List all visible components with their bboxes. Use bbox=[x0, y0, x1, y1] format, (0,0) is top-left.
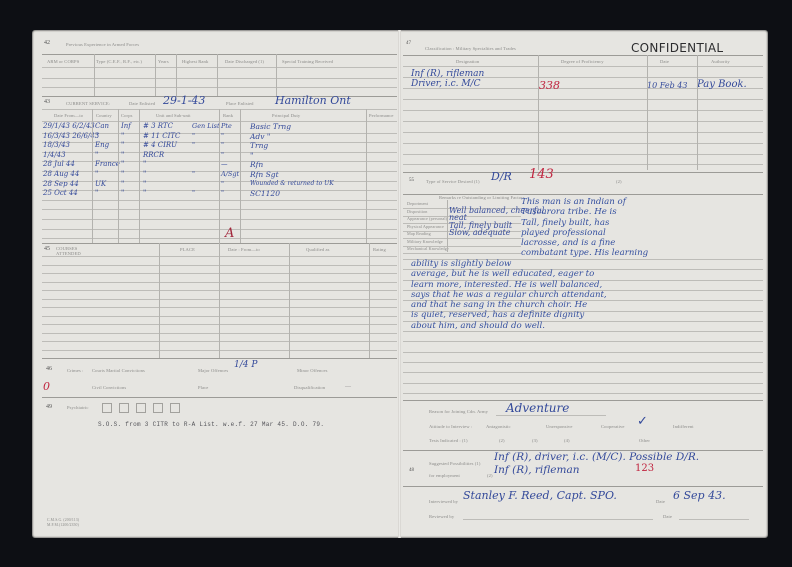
remarks-line: played professional bbox=[521, 228, 648, 238]
service-desired-code: 143 bbox=[529, 167, 554, 182]
cell-duty: Trng bbox=[250, 141, 268, 150]
col-type: Type (C.E.F., R.F., etc.) bbox=[96, 59, 142, 64]
factor-label: Mechanical Knowledge bbox=[407, 246, 449, 251]
cell-country: " bbox=[95, 132, 98, 140]
psychiatric-box-1 bbox=[102, 403, 112, 413]
cell-rank: " bbox=[221, 132, 224, 140]
divider bbox=[42, 358, 397, 359]
cell-country: France bbox=[95, 160, 120, 168]
col-rule bbox=[92, 109, 93, 244]
tests-3: (3) bbox=[532, 438, 538, 443]
section-45-title: COURSES ATTENDED bbox=[56, 246, 96, 256]
cell-unit-note: " bbox=[192, 170, 195, 178]
table-row: 25 Oct 44"""""SC1120 bbox=[32, 190, 398, 200]
remarks-line: lacrosse, and is a fine bbox=[521, 238, 648, 248]
col-rule bbox=[276, 54, 277, 96]
suggested-code: 123 bbox=[635, 463, 654, 474]
designation-line-1: Inf (R), rifleman bbox=[411, 69, 484, 79]
cell-corps: " bbox=[121, 189, 124, 197]
col-corps: Corps bbox=[121, 113, 132, 118]
cell-rank: — bbox=[221, 160, 228, 168]
col-rule bbox=[647, 55, 648, 170]
remarks-line: Tall, finely built, has bbox=[521, 218, 648, 228]
service-record-document: 42 Previous Experience in Armed Forces A… bbox=[32, 30, 768, 538]
attitude-antagonistic: Antagonistic bbox=[486, 424, 511, 429]
cell-corps: " bbox=[121, 180, 124, 188]
cell-duty: Rfn Sgt bbox=[250, 170, 279, 179]
attitude-cooperative: Cooperative bbox=[601, 424, 625, 429]
rule bbox=[496, 415, 606, 416]
cell-duty: " bbox=[250, 151, 253, 160]
col-rule bbox=[94, 54, 95, 96]
table-row: 16/3/43 26/6/43""# 11 CITC""Adv " bbox=[32, 133, 398, 143]
place-enlisted-label: Place Enlisted bbox=[226, 101, 254, 106]
col-years: Years bbox=[158, 59, 169, 64]
interviewed-by-value: Stanley F. Reed, Capt. SPO. bbox=[463, 489, 617, 502]
major-offences-value: 1/4 P bbox=[234, 360, 257, 370]
service-desired-label: Type of Service Desired (1) bbox=[426, 179, 480, 184]
cell-unit: # 11 CITC bbox=[143, 132, 180, 140]
reviewed-by-label: Reviewed by bbox=[429, 514, 454, 519]
factor-label: Physical Appearance bbox=[407, 224, 444, 229]
rule bbox=[403, 164, 763, 165]
rule bbox=[403, 143, 763, 144]
col-date-from-to: Date : From—to bbox=[228, 247, 260, 252]
col-rule bbox=[176, 54, 177, 96]
cell-unit: RRCR bbox=[143, 151, 164, 159]
suggested-label-2b: (2) bbox=[487, 473, 493, 478]
col-rule bbox=[159, 243, 160, 358]
rule bbox=[403, 393, 763, 394]
remarks-line: about him, and should do well. bbox=[411, 321, 607, 331]
cell-country: Can bbox=[95, 122, 109, 130]
place-enlisted-value: Hamilton Ont bbox=[275, 94, 351, 107]
cell-unit-note: Gen List bbox=[192, 122, 220, 130]
col-authority: Authority bbox=[711, 59, 730, 64]
col-date: Date bbox=[660, 59, 669, 64]
col-rule bbox=[369, 243, 370, 358]
section-43-number: 43 bbox=[44, 99, 50, 105]
cell-duty: Basic Trng bbox=[250, 122, 291, 131]
service-desired-label-2: (2) bbox=[616, 179, 622, 184]
rule bbox=[403, 154, 763, 155]
form-code-2: M.F.M.(1200/2350) bbox=[47, 523, 79, 527]
col-unit: Unit and Sub-unit bbox=[156, 113, 191, 118]
divider bbox=[403, 400, 763, 401]
cell-date: 28 Aug 44 bbox=[43, 170, 79, 178]
remarks-title: Remarks re Outstanding or Limiting Facto… bbox=[439, 195, 525, 200]
reviewed-date-label: Date bbox=[663, 514, 672, 519]
minor-offences-label: Minor Offences bbox=[297, 368, 328, 373]
table-row: 28 Jul 44France""—Rfn bbox=[32, 161, 398, 171]
col-date: Date From—to bbox=[54, 113, 83, 118]
date-enlisted-value: 29-1-43 bbox=[163, 94, 205, 107]
section-42-number: 42 bbox=[44, 40, 50, 46]
cell-duty: Rfn bbox=[250, 160, 263, 169]
col-rule bbox=[118, 109, 119, 244]
suggested-label-1: Suggested Possibilities (1) bbox=[429, 461, 480, 466]
cell-unit: " bbox=[143, 189, 146, 197]
cell-country: " bbox=[95, 170, 98, 178]
reason-label: Reason for Joining Cdn. Army bbox=[429, 409, 488, 414]
cell-date: 18/3/43 bbox=[43, 141, 70, 149]
service-desired-value: D/R bbox=[491, 170, 512, 183]
suggested-value-1: Inf (R), driver, i.c. (M/C). Possible D/… bbox=[494, 451, 699, 463]
place-label: Place bbox=[198, 385, 208, 390]
cell-corps: " bbox=[121, 151, 124, 159]
rule bbox=[679, 519, 749, 520]
section-55-number: 55 bbox=[409, 178, 414, 183]
cell-rank: " bbox=[221, 189, 224, 197]
col-rule bbox=[697, 55, 698, 170]
factor-label: Deportment bbox=[407, 201, 428, 206]
cell-corps: " bbox=[121, 160, 124, 168]
suggested-label-2: for employment bbox=[429, 473, 460, 478]
table-row: 28 Aug 44""""A/SgtRfn Sgt bbox=[32, 171, 398, 181]
reason-value: Adventure bbox=[506, 401, 569, 415]
remarks-line: combatant type. His learning bbox=[521, 248, 648, 258]
left-page: 42 Previous Experience in Armed Forces A… bbox=[32, 30, 398, 538]
col-rule bbox=[219, 109, 220, 244]
cell-date: 1/4/43 bbox=[43, 151, 66, 159]
cell-date: 28 Jul 44 bbox=[43, 160, 75, 168]
col-date-discharged: Date Discharged (1) bbox=[225, 59, 264, 64]
attitude-unresponsive: Unresponsive bbox=[546, 424, 572, 429]
psychiatric-box-4 bbox=[153, 403, 163, 413]
col-rule bbox=[538, 55, 539, 170]
col-arm-corps: ARM or CORPS bbox=[47, 59, 79, 64]
cell-country: UK bbox=[95, 180, 106, 188]
col-principal-duty: Principal Duty bbox=[272, 113, 300, 118]
col-designation: Designation bbox=[456, 59, 479, 64]
factor-label: Disposition bbox=[407, 209, 427, 214]
cell-unit-note: " bbox=[192, 132, 195, 140]
rule bbox=[403, 341, 763, 342]
remarks-line: is quiet, reserved, has a definite digni… bbox=[411, 310, 607, 320]
date-enlisted-label: Date Enlisted bbox=[129, 101, 155, 106]
factor-label: Appearance (personal) bbox=[407, 216, 447, 221]
psychiatric-box-3 bbox=[136, 403, 146, 413]
confidential-stamp: CONFIDENTIAL bbox=[631, 41, 723, 55]
cell-unit: # 4 CIRU bbox=[143, 141, 177, 149]
cell-date: 16/3/43 26/6/43 bbox=[43, 132, 99, 140]
factor-value: Slow, adequate bbox=[449, 228, 510, 237]
rule bbox=[403, 99, 763, 100]
table-row: 18/3/43Eng"# 4 CIRU""Trng bbox=[32, 142, 398, 152]
attitude-indifferent: Indifferent bbox=[673, 424, 694, 429]
cell-rank: Pte bbox=[221, 122, 232, 130]
rule bbox=[403, 132, 763, 133]
cell-corps: " bbox=[121, 170, 124, 178]
cell-unit: " bbox=[143, 170, 146, 178]
remarks-line: ability is slightly below bbox=[411, 259, 607, 269]
cell-rank: A/Sgt bbox=[221, 170, 239, 178]
cell-corps: " bbox=[121, 141, 124, 149]
tests-4: (4) bbox=[564, 438, 570, 443]
psychiatric-label: Psychiatric bbox=[67, 405, 89, 410]
factor-label: Military Knowledge bbox=[407, 239, 443, 244]
form-code-1: C.M.S.G. (200/113) bbox=[47, 518, 79, 522]
tests-2: (2) bbox=[499, 438, 505, 443]
crimes-label: Crimes : bbox=[67, 368, 84, 373]
cell-corps: " bbox=[121, 132, 124, 140]
section-47-number: 47 bbox=[406, 41, 411, 46]
interview-date-label: Date bbox=[656, 499, 665, 504]
table-row: 28 Sep 44UK"""Wounded & returned to UK bbox=[32, 181, 398, 191]
interviewed-by-label: Interviewed by bbox=[429, 499, 458, 504]
major-offences-label: Major Offences bbox=[198, 368, 228, 373]
red-mark-a: A bbox=[225, 226, 234, 241]
interview-date-value: 6 Sep 43. bbox=[673, 489, 726, 502]
divider bbox=[403, 172, 763, 173]
rule bbox=[42, 78, 397, 79]
cell-unit-note: " bbox=[192, 189, 195, 197]
attitude-label: Attitude to Interview : bbox=[429, 424, 472, 429]
disqualification-label: Disqualification bbox=[294, 385, 325, 390]
rule bbox=[403, 110, 763, 111]
col-highest-rank: Highest Rank bbox=[182, 59, 208, 64]
col-rule bbox=[240, 109, 241, 244]
col-proficiency: Degree of Proficiency bbox=[561, 59, 604, 64]
disqualification-value: — bbox=[345, 384, 351, 390]
section-49-number: 49 bbox=[46, 404, 52, 410]
cell-date: 28 Sep 44 bbox=[43, 180, 79, 188]
col-special-training: Special Training Received bbox=[282, 59, 333, 64]
divider bbox=[42, 54, 397, 55]
civil-convictions-label: Civil Convictions bbox=[92, 385, 126, 390]
rule bbox=[403, 121, 763, 122]
psychiatric-box-5 bbox=[170, 403, 180, 413]
rule bbox=[463, 519, 653, 520]
trade-date-value: 10 Feb 43 bbox=[647, 81, 687, 90]
cell-unit-note: " bbox=[192, 141, 195, 149]
factor-label: Map Reading bbox=[407, 231, 431, 236]
section-46-number: 46 bbox=[46, 366, 52, 372]
section-45-number: 45 bbox=[44, 246, 50, 252]
cell-unit: # 3 RTC bbox=[143, 122, 173, 130]
divider bbox=[403, 55, 763, 56]
divider bbox=[403, 486, 763, 487]
typed-sos-note: S.O.S. from 3 CITR to R-A List. w.e.f. 2… bbox=[98, 421, 324, 428]
rule bbox=[403, 352, 763, 353]
cell-duty: SC1120 bbox=[250, 189, 280, 198]
cell-date: 25 Oct 44 bbox=[43, 189, 78, 197]
remarks-line: This man is an Indian of bbox=[521, 197, 648, 207]
proficiency-value: 338 bbox=[539, 79, 560, 92]
remarks-line: and that he sang in the church choir. He bbox=[411, 300, 607, 310]
cell-country: " bbox=[95, 189, 98, 197]
col-performance: Performance bbox=[369, 113, 394, 118]
rule bbox=[403, 66, 763, 67]
col-rule bbox=[217, 54, 218, 96]
col-rule bbox=[155, 54, 156, 96]
section-42-title: Previous Experience in Armed Forces bbox=[66, 42, 139, 47]
remarks-line: learn more, interested. He is well balan… bbox=[411, 280, 607, 290]
cell-unit: " bbox=[143, 160, 146, 168]
cell-rank: " bbox=[221, 180, 224, 188]
cell-date: 29/1/43 6/2/43 bbox=[43, 122, 95, 130]
remarks-line: Tuscarora tribe. He is bbox=[521, 207, 648, 217]
right-page: 47 Classification : Military Specialties… bbox=[401, 30, 768, 538]
remarks-narrative-bottom: ability is slightly belowaverage, but he… bbox=[411, 259, 607, 331]
col-qualified-as: Qualified as bbox=[306, 247, 330, 252]
col-place: PLACE bbox=[180, 247, 195, 252]
cell-country: " bbox=[95, 151, 98, 159]
cell-rank: " bbox=[221, 141, 224, 149]
court-martial-label: Courts Martial Convictions bbox=[92, 368, 145, 373]
col-rank: Rank bbox=[223, 113, 233, 118]
col-rule bbox=[139, 109, 140, 244]
col-country: Country bbox=[96, 113, 112, 118]
designation-line-2: Driver, i.c. M/C bbox=[411, 79, 480, 89]
tests-other: Other bbox=[639, 438, 650, 443]
cell-duty: Wounded & returned to UK bbox=[250, 180, 334, 187]
cell-duty: Adv " bbox=[250, 132, 270, 141]
section-43-title: CURRENT SERVICE: bbox=[66, 101, 110, 106]
col-rule bbox=[219, 243, 220, 358]
col-rating: Rating bbox=[373, 247, 386, 252]
divider bbox=[42, 397, 397, 398]
cell-corps: Inf bbox=[121, 122, 131, 130]
remarks-line: average, but he is well educated, eager … bbox=[411, 269, 607, 279]
rule bbox=[403, 383, 763, 384]
remarks-narrative-top: This man is an Indian ofTuscarora tribe.… bbox=[521, 197, 648, 259]
cell-unit: " bbox=[143, 180, 146, 188]
col-rule bbox=[289, 243, 290, 358]
rule bbox=[403, 362, 763, 363]
section-47-title: Classification : Military Specialties an… bbox=[425, 46, 516, 51]
rule bbox=[403, 331, 763, 332]
suggested-value-2: Inf (R), rifleman bbox=[494, 464, 579, 476]
remarks-line: says that he was a regular church attend… bbox=[411, 290, 607, 300]
rule bbox=[42, 67, 397, 68]
authority-value: Pay Book. bbox=[697, 79, 747, 90]
col-rule bbox=[366, 109, 367, 244]
red-margin-mark: 0 bbox=[43, 380, 50, 393]
section-48-number: 48 bbox=[409, 468, 414, 473]
rule bbox=[403, 253, 521, 254]
col-rule bbox=[447, 200, 448, 252]
table-row: 1/4/43""RRCR"" bbox=[32, 152, 398, 162]
cell-country: Eng bbox=[95, 141, 109, 149]
checkmark-icon: ✓ bbox=[637, 414, 648, 429]
rule bbox=[42, 87, 397, 88]
cell-rank: " bbox=[221, 151, 224, 159]
rule bbox=[403, 372, 763, 373]
psychiatric-box-2 bbox=[119, 403, 129, 413]
tests-label: Tests Indicated : (1) bbox=[429, 438, 468, 443]
